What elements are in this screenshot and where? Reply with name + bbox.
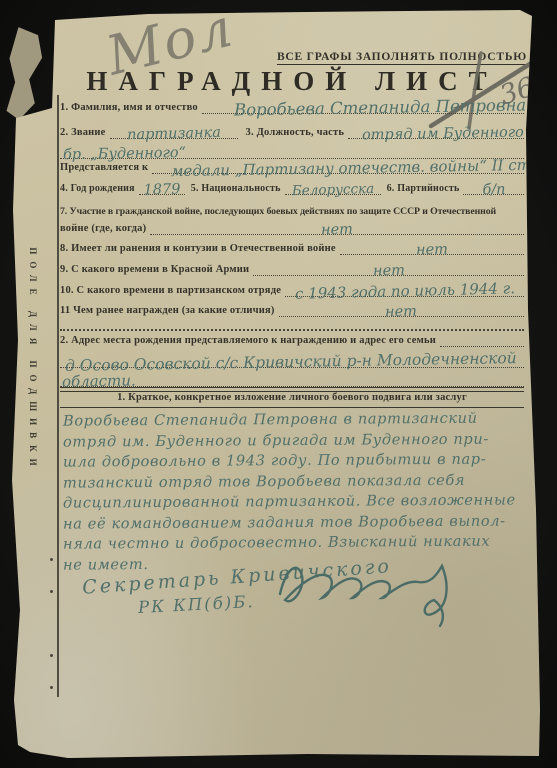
field-nationality-label: 5. Национальность [185, 183, 285, 195]
field-rank-position: 2. Звание партизанка 3. Должность, часть… [60, 119, 524, 139]
binding-margin-text: ПОЛЕ ДЛЯ ПОДШИВКИ [28, 247, 38, 472]
field-redarmy-label: 9. С какого времени в Красной Армии [60, 264, 253, 276]
field-birth-nat-party: 4. Год рождения 1879 5. Национальность Б… [60, 175, 524, 195]
field-birth-line: 1879 [139, 178, 185, 195]
field-address-label: 2. Адрес места рождения представляемого … [60, 335, 440, 347]
field-name: 1. Фамилия, имя и отчество Воробьева Сте… [60, 94, 524, 114]
field-partisan-label: 10. С какого времени в партизанском отря… [60, 285, 285, 297]
merit-line: дисциплинированной партизанкой. Все возл… [63, 491, 526, 515]
torn-paper-fragment [1, 26, 46, 121]
merit-line: Воробьева Степанида Петровна в партизанс… [63, 409, 526, 433]
field-address-line0 [440, 330, 524, 347]
field-name-label: 1. Фамилия, имя и отчество [60, 102, 202, 114]
field-address-line2-row: области. [60, 367, 524, 387]
field-rank-line: партизанка [110, 122, 238, 139]
field-civilwar-label2: войне (где, когда) [60, 223, 150, 235]
field-party-label: 6. Партийность [381, 183, 464, 195]
field-redarmy: 9. С какого времени в Красной Армии нет [60, 256, 524, 276]
binding-margin-label: ПОЛЕ ДЛЯ ПОДШИВКИ [19, 210, 47, 510]
field-address-line1: д Осово Осовской с/с Кривичский р-н Моло… [60, 351, 524, 368]
field-wounds: 8. Имеет ли ранения и контузии в Отечест… [60, 235, 524, 255]
field-address: 2. Адрес места рождения представляемого … [60, 327, 524, 347]
field-civilwar: войне (где, когда) нет [60, 215, 524, 235]
field-birth-value: 1879 [143, 182, 180, 199]
field-address-line1-row: д Осово Осовской с/с Кривичский р-н Моло… [60, 348, 524, 368]
field-party-value: б/п [482, 182, 505, 199]
field-birth-label: 4. Год рождения [60, 183, 139, 195]
merit-line: шла добровольно в 1943 году. По прибытии… [63, 450, 526, 474]
field-wounds-label: 8. Имеет ли ранения и контузии в Отечест… [60, 243, 340, 255]
field-wounds-line: нет [340, 238, 524, 255]
merit-section-heading: 1. Краткое, конкретное изложение личного… [60, 392, 524, 403]
field-nationality-line: Белорусска [285, 178, 381, 195]
staple-holes [50, 558, 53, 561]
field-position-label: 3. Должность, часть [238, 127, 349, 139]
field-partisan-line: с 1943 года по июль 1944 г. [285, 280, 524, 297]
field-position-line: отряд им Буденного [348, 122, 524, 139]
signatory-title-line2: РК КП(б)Б. [138, 592, 255, 617]
section-single-rule [60, 407, 524, 408]
field-nationality-value: Белорусска [291, 181, 374, 199]
field-presented-line: медали „Партизану отечеств. войны“ II ст [152, 157, 524, 174]
field-redarmy-line: нет [253, 259, 524, 276]
field-presented-label: Представляется к [60, 162, 152, 174]
field-rank-label: 2. Звание [60, 127, 110, 139]
field-civilwar-line: нет [150, 218, 524, 235]
field-partisan: 10. С какого времени в партизанском отря… [60, 277, 524, 297]
field-address-line2: области. [60, 370, 524, 387]
scanned-award-sheet: ПОЛЕ ДЛЯ ПОДШИВКИ Мол ВСЕ ГРАФЫ ЗАПОЛНЯТ… [0, 0, 557, 768]
field-party-line: б/п [463, 178, 524, 195]
field-presented: Представляется к медали „Партизану отече… [60, 154, 524, 174]
paper-sheet: ПОЛЕ ДЛЯ ПОДШИВКИ Мол ВСЕ ГРАФЫ ЗАПОЛНЯТ… [8, 10, 542, 758]
field-name-line: Воробьева Степанида Петровна [202, 97, 524, 114]
handwritten-signature [270, 546, 480, 631]
binding-margin-line [57, 95, 59, 697]
